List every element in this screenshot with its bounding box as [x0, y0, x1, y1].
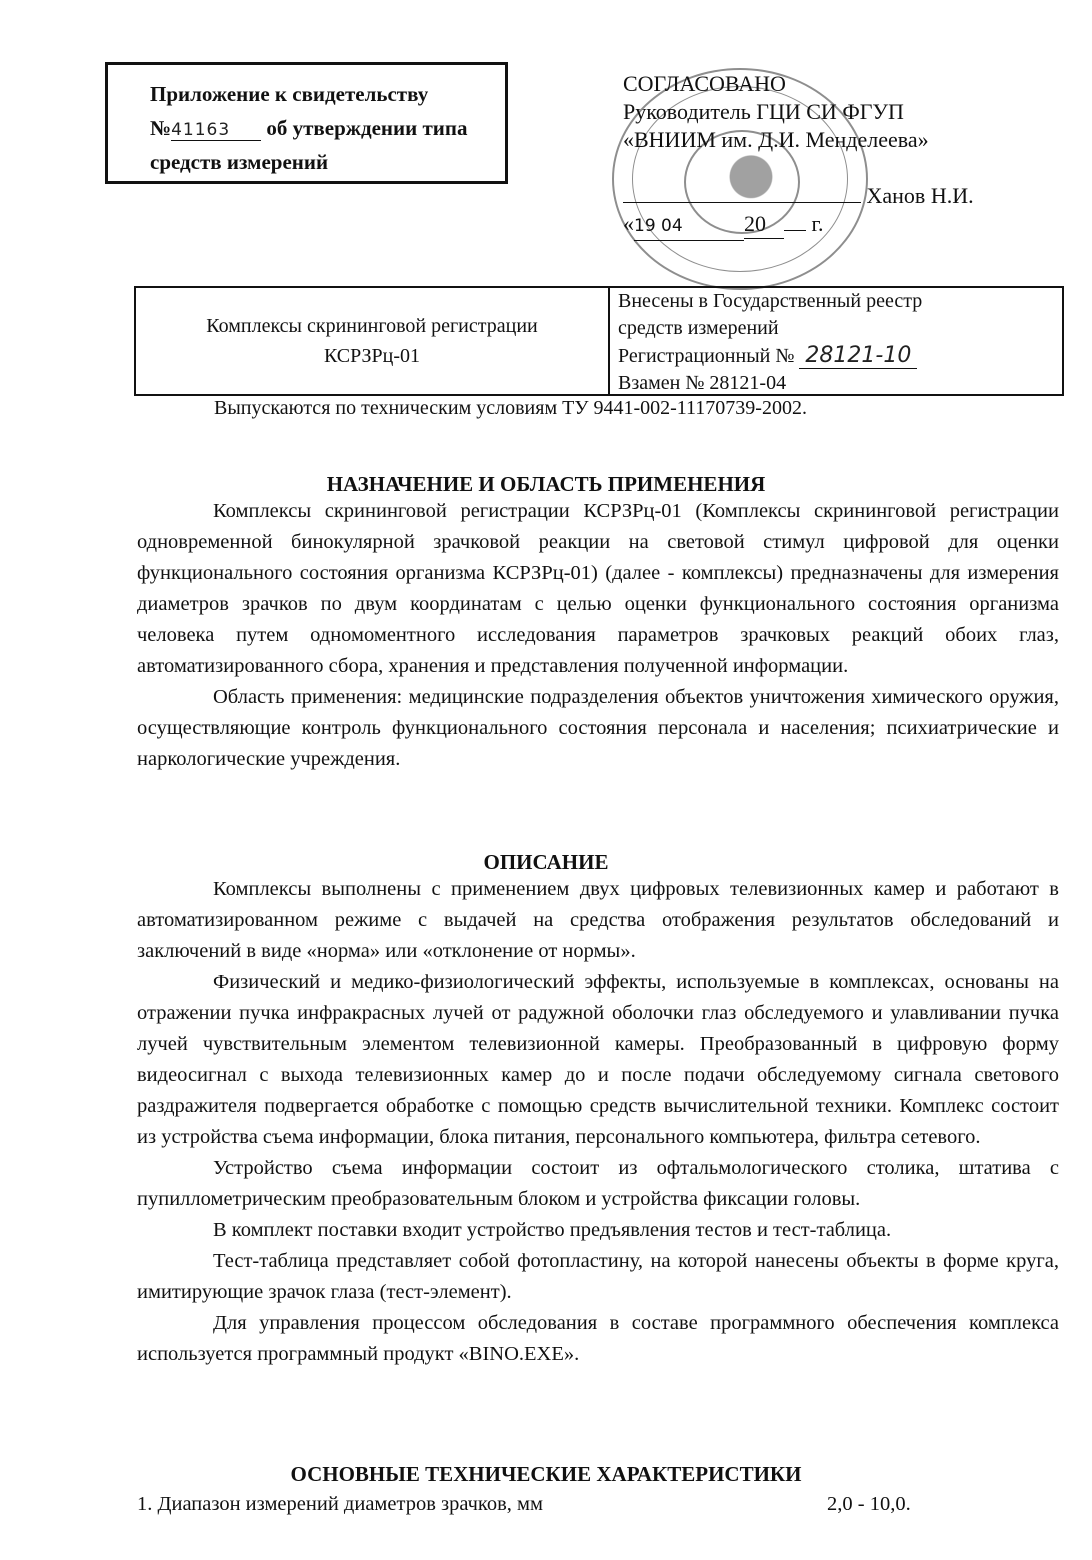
spec-value: 2,0 - 10,0.	[827, 1493, 911, 1516]
appendix-line1: Приложение к свидетельству	[150, 77, 505, 111]
spec-label: 1. Диапазон измерений диаметров зрачков,…	[137, 1493, 543, 1515]
signature-row: Ханов Н.И.	[623, 182, 1063, 210]
section-title-specs: ОСНОВНЫЕ ТЕХНИЧЕСКИЕ ХАРАКТЕРИСТИКИ	[0, 1462, 1092, 1487]
number-prefix: №	[150, 116, 171, 140]
approval-organization: «ВНИИМ им. Д.И. Менделеева»	[623, 126, 1063, 154]
appendix-line2-suffix: об утверждении типа	[261, 116, 467, 140]
registration-number-row: Регистрационный № 28121-10	[618, 342, 1062, 370]
date-suffix: г.	[812, 211, 824, 236]
signature-line	[623, 202, 861, 203]
registry-info-cell: Внесены в Государственный реестр средств…	[610, 288, 1062, 394]
entered-line1: Внесены в Государственный реестр	[618, 288, 1062, 315]
description-paragraph-5: Тест-таблица представляет собой фотоплас…	[137, 1246, 1059, 1308]
section-title-description: ОПИСАНИЕ	[0, 850, 1092, 875]
description-paragraph-4: В комплект поставки входит устройство пр…	[137, 1215, 1059, 1246]
description-body: Комплексы выполнены с применением двух ц…	[137, 874, 1059, 1370]
description-paragraph-2: Физический и медико-физиологический эффе…	[137, 967, 1059, 1153]
approval-position: Руководитель ГЦИ СИ ФГУП	[623, 98, 1063, 126]
device-name-line2: КСРЗРц-01	[324, 341, 420, 371]
signatory-name: Ханов Н.И.	[867, 183, 974, 208]
registry-table: Комплексы скрининговой регистрации КСРЗР…	[134, 286, 1064, 396]
purpose-paragraph-1: Комплексы скрининговой регистрации КСРЗР…	[137, 496, 1059, 682]
description-paragraph-1: Комплексы выполнены с применением двух ц…	[137, 874, 1059, 967]
appendix-line2: №41163 об утверждении типа	[150, 111, 505, 145]
approval-title: СОГЛАСОВАНО	[623, 70, 1063, 98]
entered-line2: средств измерений	[618, 315, 1062, 342]
handwritten-date: 19 04	[634, 212, 744, 241]
registration-label: Регистрационный №	[618, 345, 799, 367]
spec-row: 1. Диапазон измерений диаметров зрачков,…	[137, 1493, 1059, 1516]
device-name-cell: Комплексы скрининговой регистрации КСРЗР…	[136, 288, 610, 394]
date-row: «19 0420 г.	[623, 210, 1063, 241]
purpose-paragraph-2: Область применения: медицинские подразде…	[137, 682, 1059, 775]
purpose-body: Комплексы скрининговой регистрации КСРЗР…	[137, 496, 1059, 775]
handwritten-certificate-number: 41163	[171, 120, 261, 141]
device-name-line1: Комплексы скрининговой регистрации	[206, 311, 537, 341]
technical-conditions-line: Выпускаются по техническим условиям ТУ 9…	[134, 397, 1064, 420]
section-title-purpose: НАЗНАЧЕНИЕ И ОБЛАСТЬ ПРИМЕНЕНИЯ	[0, 472, 1092, 497]
date-year-prefix: 20	[744, 210, 784, 239]
handwritten-registration-number: 28121-10	[799, 343, 917, 369]
replaces-number: Взамен № 28121-04	[618, 370, 1062, 397]
appendix-box: Приложение к свидетельству №41163 об утв…	[105, 62, 508, 184]
approval-block: СОГЛАСОВАНО Руководитель ГЦИ СИ ФГУП «ВН…	[623, 70, 1063, 241]
description-paragraph-3: Устройство съема информации состоит из о…	[137, 1153, 1059, 1215]
date-prefix: «	[623, 211, 634, 236]
description-paragraph-6: Для управления процессом обследования в …	[137, 1308, 1059, 1370]
appendix-line3: средств измерений	[150, 145, 505, 179]
